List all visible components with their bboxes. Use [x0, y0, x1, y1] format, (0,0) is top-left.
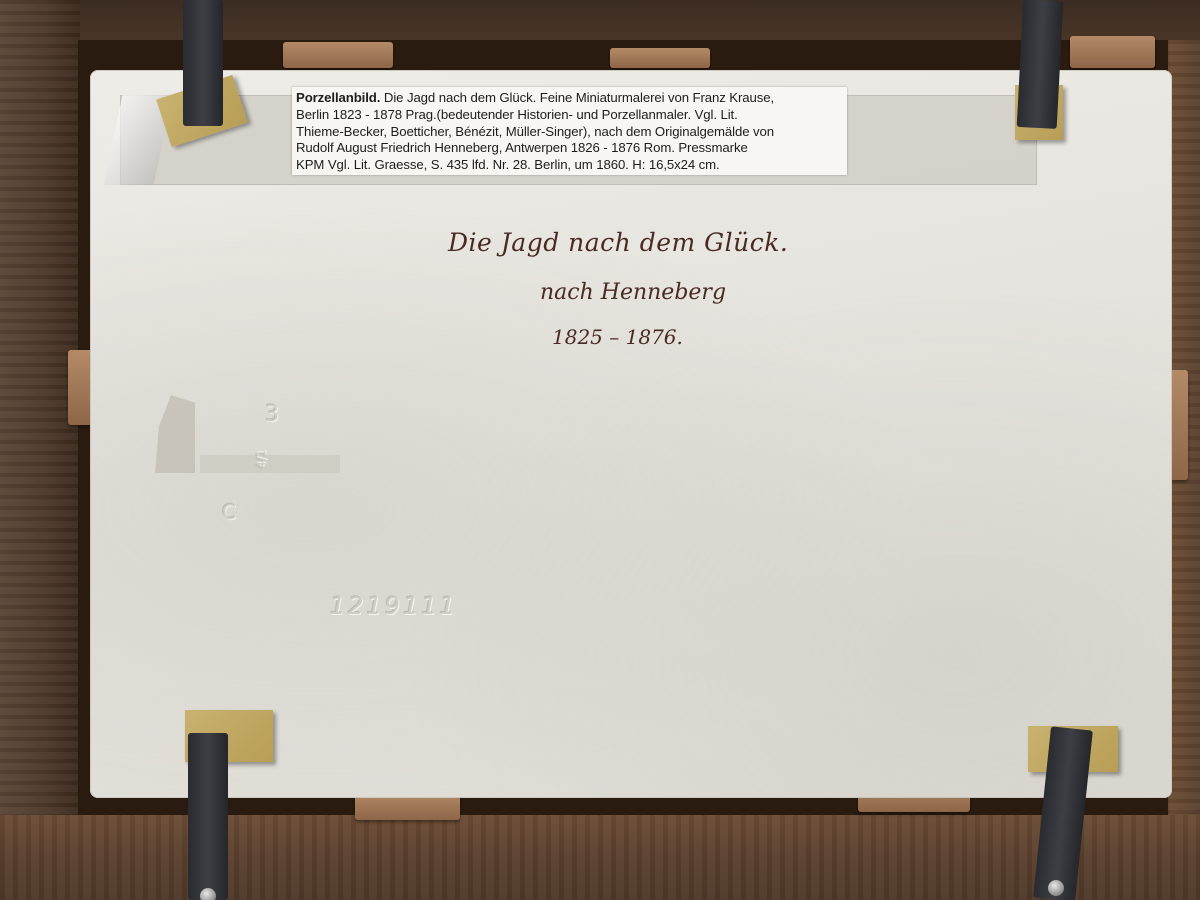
wood-wedge-top-right [1070, 36, 1155, 68]
impressed-letter: C [222, 500, 236, 524]
screw-bottom-right [1048, 880, 1064, 896]
frame-left-rail [0, 0, 80, 900]
inscription-dates: 1825 – 1876. [552, 325, 683, 349]
label-title: Porzellanbild. [296, 90, 380, 105]
label-line-5: KPM Vgl. Lit. Graesse, S. 435 lfd. Nr. 2… [296, 157, 720, 172]
label-line-4: Rudolf August Friedrich Henneberg, Antwe… [296, 140, 748, 155]
wood-wedge-top-center [610, 48, 710, 68]
frame-bottom-rail [0, 815, 1200, 900]
impressed-fraction: 4/1 [255, 449, 269, 468]
label-line-1: Die Jagd nach dem Glück. Feine Miniaturm… [380, 90, 774, 105]
metal-clip-bottom-left [188, 733, 228, 900]
impressed-code: 1219111 [330, 592, 458, 620]
screw-bottom-left [200, 888, 216, 900]
label-line-2: Berlin 1823 - 1878 Prag.(bedeutender His… [296, 107, 738, 122]
description-label: Porzellanbild. Die Jagd nach dem Glück. … [292, 87, 847, 175]
label-line-3: Thieme-Becker, Boetticher, Bénézit, Müll… [296, 124, 774, 139]
wood-wedge-top-left [283, 42, 393, 68]
stain-band [200, 455, 340, 473]
inscription-title: Die Jagd nach dem Glück. [448, 228, 788, 257]
inscription-artist: nach Henneberg [540, 280, 726, 305]
metal-clip-top-left [183, 0, 223, 126]
impressed-number: 3 [265, 402, 279, 427]
metal-clip-top-right [1017, 0, 1064, 129]
